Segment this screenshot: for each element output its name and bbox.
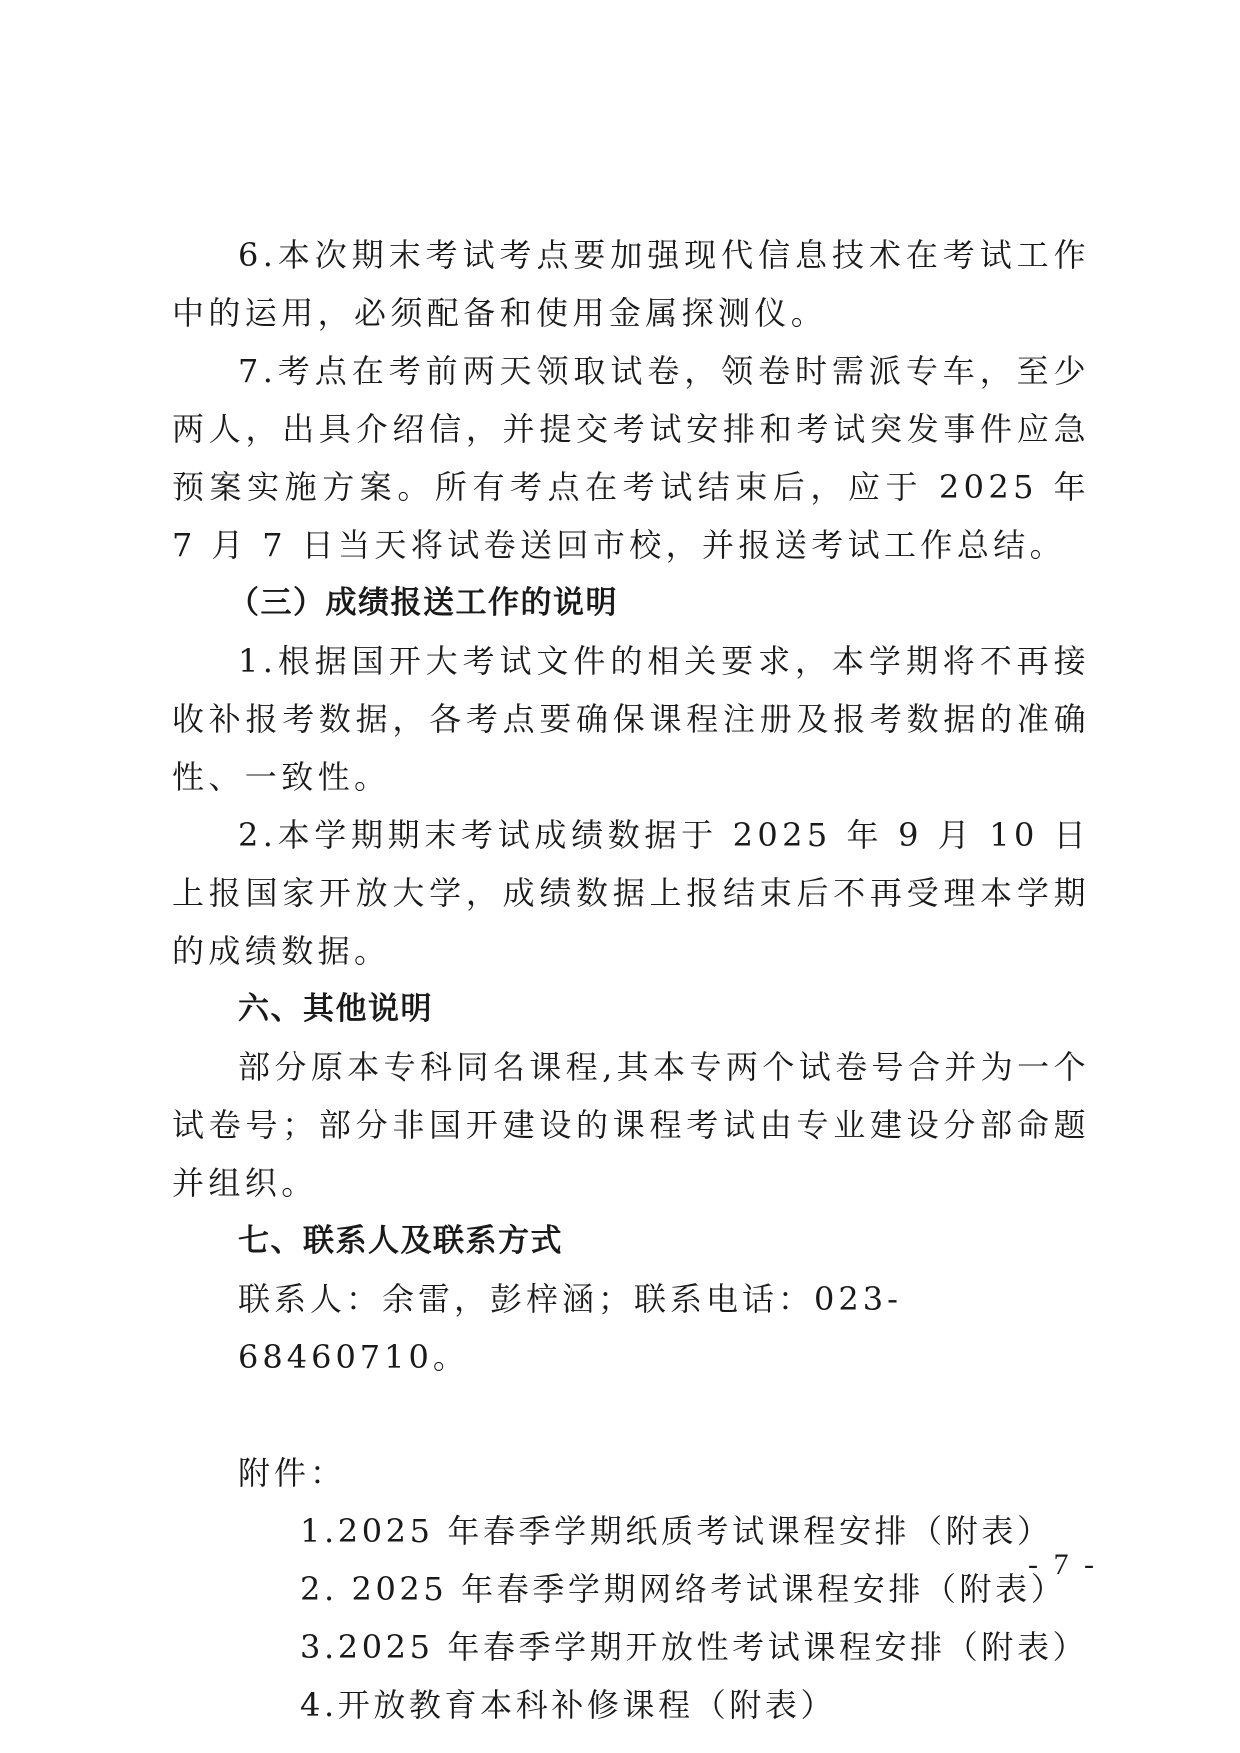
attachment-item: 3.2025 年春季学期开放性考试课程安排（附表）	[300, 1618, 1090, 1676]
paragraph-item-6: 6.本次期末考试考点要加强现代信息技术在考试工作中的运用，必须配备和使用金属探测…	[172, 226, 1090, 342]
attachment-item: 4.开放教育本科补修课程（附表）	[300, 1676, 1090, 1734]
section-heading-score-reporting: （三）成绩报送工作的说明	[172, 574, 1090, 632]
attachment-item: 1.2025 年春季学期纸质考试课程安排（附表）	[300, 1502, 1090, 1560]
paragraph-score-reporting-1: 1.根据国开大考试文件的相关要求，本学期将不再接收补报考数据，各考点要确保课程注…	[172, 632, 1090, 806]
section-heading-contacts: 七、联系人及联系方式	[172, 1212, 1090, 1270]
attachments-label: 附件：	[172, 1444, 1090, 1502]
attachments-list: 1.2025 年春季学期纸质考试课程安排（附表） 2. 2025 年春季学期网络…	[172, 1502, 1090, 1734]
paragraph-score-reporting-2: 2.本学期期末考试成绩数据于 2025 年 9 月 10 日上报国家开放大学，成…	[172, 806, 1090, 980]
document-body: 6.本次期末考试考点要加强现代信息技术在考试工作中的运用，必须配备和使用金属探测…	[172, 226, 1090, 1734]
document-page: 6.本次期末考试考点要加强现代信息技术在考试工作中的运用，必须配备和使用金属探测…	[0, 0, 1240, 1753]
section-heading-other-notes: 六、其他说明	[172, 980, 1090, 1038]
paragraph-item-7: 7.考点在考前两天领取试卷，领卷时需派专车，至少两人，出具介绍信，并提交考试安排…	[172, 342, 1090, 574]
page-number: - 7 -	[1028, 1548, 1098, 1582]
paragraph-other-notes: 部分原本专科同名课程,其本专两个试卷号合并为一个试卷号；部分非国开建设的课程考试…	[172, 1038, 1090, 1212]
attachment-item: 2. 2025 年春季学期网络考试课程安排（附表）	[300, 1560, 1090, 1618]
contact-info: 联系人：余雷，彭梓涵；联系电话：023-68460710。	[172, 1270, 1090, 1386]
